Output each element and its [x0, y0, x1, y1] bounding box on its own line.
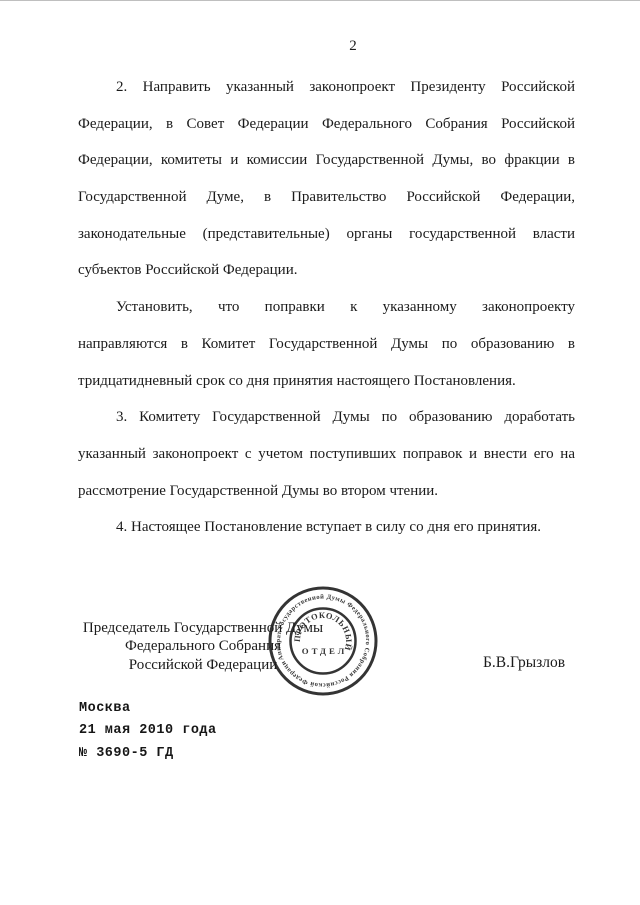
text-line: 4. Настоящее Постановление вступает в си… [78, 509, 575, 546]
document-body: 2. Направить указанный законопроект През… [78, 69, 575, 546]
text-line: рассмотрение Государственной Думы во вто… [78, 473, 575, 510]
text-line: Федерации, комитеты и комиссии Государст… [78, 142, 575, 179]
text-line: Установить, что поправки к указанному за… [78, 289, 575, 326]
text-line: законодательные (представительные) орган… [78, 216, 575, 253]
text-line: Федерации, в Совет Федерации Федеральног… [78, 106, 575, 143]
text-line: субъектов Российской Федерации. [78, 252, 575, 289]
issue-details-block: Москва 21 мая 2010 года № 3690-5 ГД [79, 698, 217, 765]
para-ustanovit: Установить, что поправки к указанному за… [78, 289, 575, 399]
text-line: указанный законопроект с учетом поступив… [78, 436, 575, 473]
issue-city: Москва [79, 698, 217, 720]
issue-date: 21 мая 2010 года [79, 720, 217, 742]
page-number: 2 [321, 38, 385, 55]
text-line: 3. Комитету Государственной Думы по обра… [78, 399, 575, 436]
stamp-outer-circle [270, 588, 376, 694]
para-item-4: 4. Настоящее Постановление вступает в си… [78, 509, 575, 546]
para-item-2: 2. Направить указанный законопроект През… [78, 69, 575, 289]
round-stamp: Аппарат Государственной Думы Федеральног… [266, 584, 380, 698]
text-line: тридцатидневный срок со дня принятия нас… [78, 363, 575, 400]
scan-edge-line [0, 0, 640, 1]
para-item-3: 3. Комитету Государственной Думы по обра… [78, 399, 575, 509]
text-line: Государственной Думе, в Правительство Ро… [78, 179, 575, 216]
issue-number: № 3690-5 ГД [79, 743, 217, 765]
stamp-inner-arc-text: ПРОТОКОЛЬНЫЙ [292, 606, 358, 652]
document-page: 2 2. Направить указанный законопроект Пр… [0, 0, 640, 905]
text-line: 2. Направить указанный законопроект През… [78, 69, 575, 106]
text-line: направляются в Комитет Государственной Д… [78, 326, 575, 363]
signatory-name: Б.В.Грызлов [483, 655, 565, 671]
stamp-center-text: ОТДЕЛ [302, 646, 348, 656]
